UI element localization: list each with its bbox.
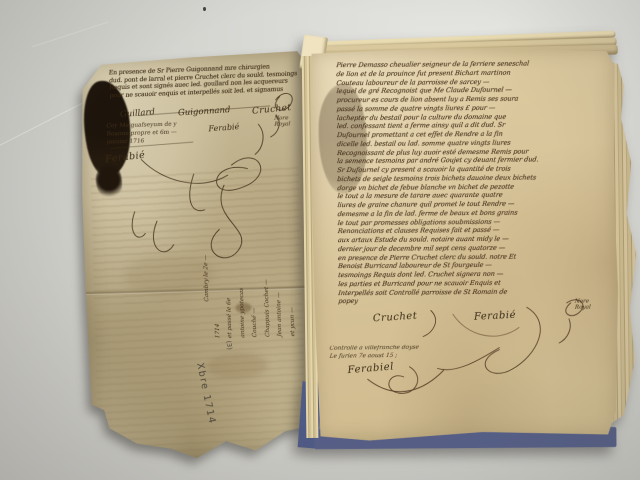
signature-row: Guillard Guigonnand Cruchet xyxy=(120,96,300,120)
notary-title: Nore Royal xyxy=(274,115,290,128)
background-scratch xyxy=(32,22,108,48)
signature-cruchet: Cruchet xyxy=(373,311,418,325)
notary-title-word: Royal xyxy=(274,122,290,129)
left-document: En presence de Sr Pierre Guigonnand mre … xyxy=(78,51,317,461)
control-note: Controllé a villefranche doyseLe furien … xyxy=(329,344,459,361)
notary-title: Nore Royal xyxy=(575,299,591,312)
left-document-paper: En presence de Sr Pierre Guigonnand mre … xyxy=(78,51,317,461)
notary-title-word: Royal xyxy=(575,305,591,311)
signature-ferabie: Ferabié xyxy=(208,122,239,133)
text-line: januier 1716 xyxy=(106,136,207,147)
signature-control: Ferabiel xyxy=(347,361,394,376)
closing-clause-text: En presence de Sr Pierre Guigonnand mre … xyxy=(109,62,300,99)
text-line: Cambry le 2e — xyxy=(199,221,214,302)
sideways-annotation-extra: Cambry le 2e — xyxy=(199,222,217,302)
ink-stamp-blot xyxy=(95,164,122,199)
text-line: Le furien 7e aoust 15 ; xyxy=(329,352,459,361)
archival-number: (3) xyxy=(224,340,233,350)
deed-body-text: Pierre Demasso cheualier seigneur de la … xyxy=(336,59,614,306)
right-document-stack: Pierre Demasso cheualier seigneur de la … xyxy=(301,26,640,456)
sideways-annotation: et ycun —Jean antoine —Chappuis Cochet —… xyxy=(203,236,300,339)
signature-ferabie: Ferabié xyxy=(474,310,517,323)
registration-note: Coy Me guafseyum de yRoanne propre et 6m… xyxy=(106,120,207,147)
signature-guigonnand: Guigonnand xyxy=(178,105,231,118)
signature-guillard: Guillard xyxy=(120,107,156,120)
dust-speck xyxy=(203,7,206,11)
right-document-page: Pierre Demasso cheualier seigneur de la … xyxy=(310,46,621,442)
archive-photograph: En presence de Sr Pierre Guigonnand mre … xyxy=(0,0,640,480)
